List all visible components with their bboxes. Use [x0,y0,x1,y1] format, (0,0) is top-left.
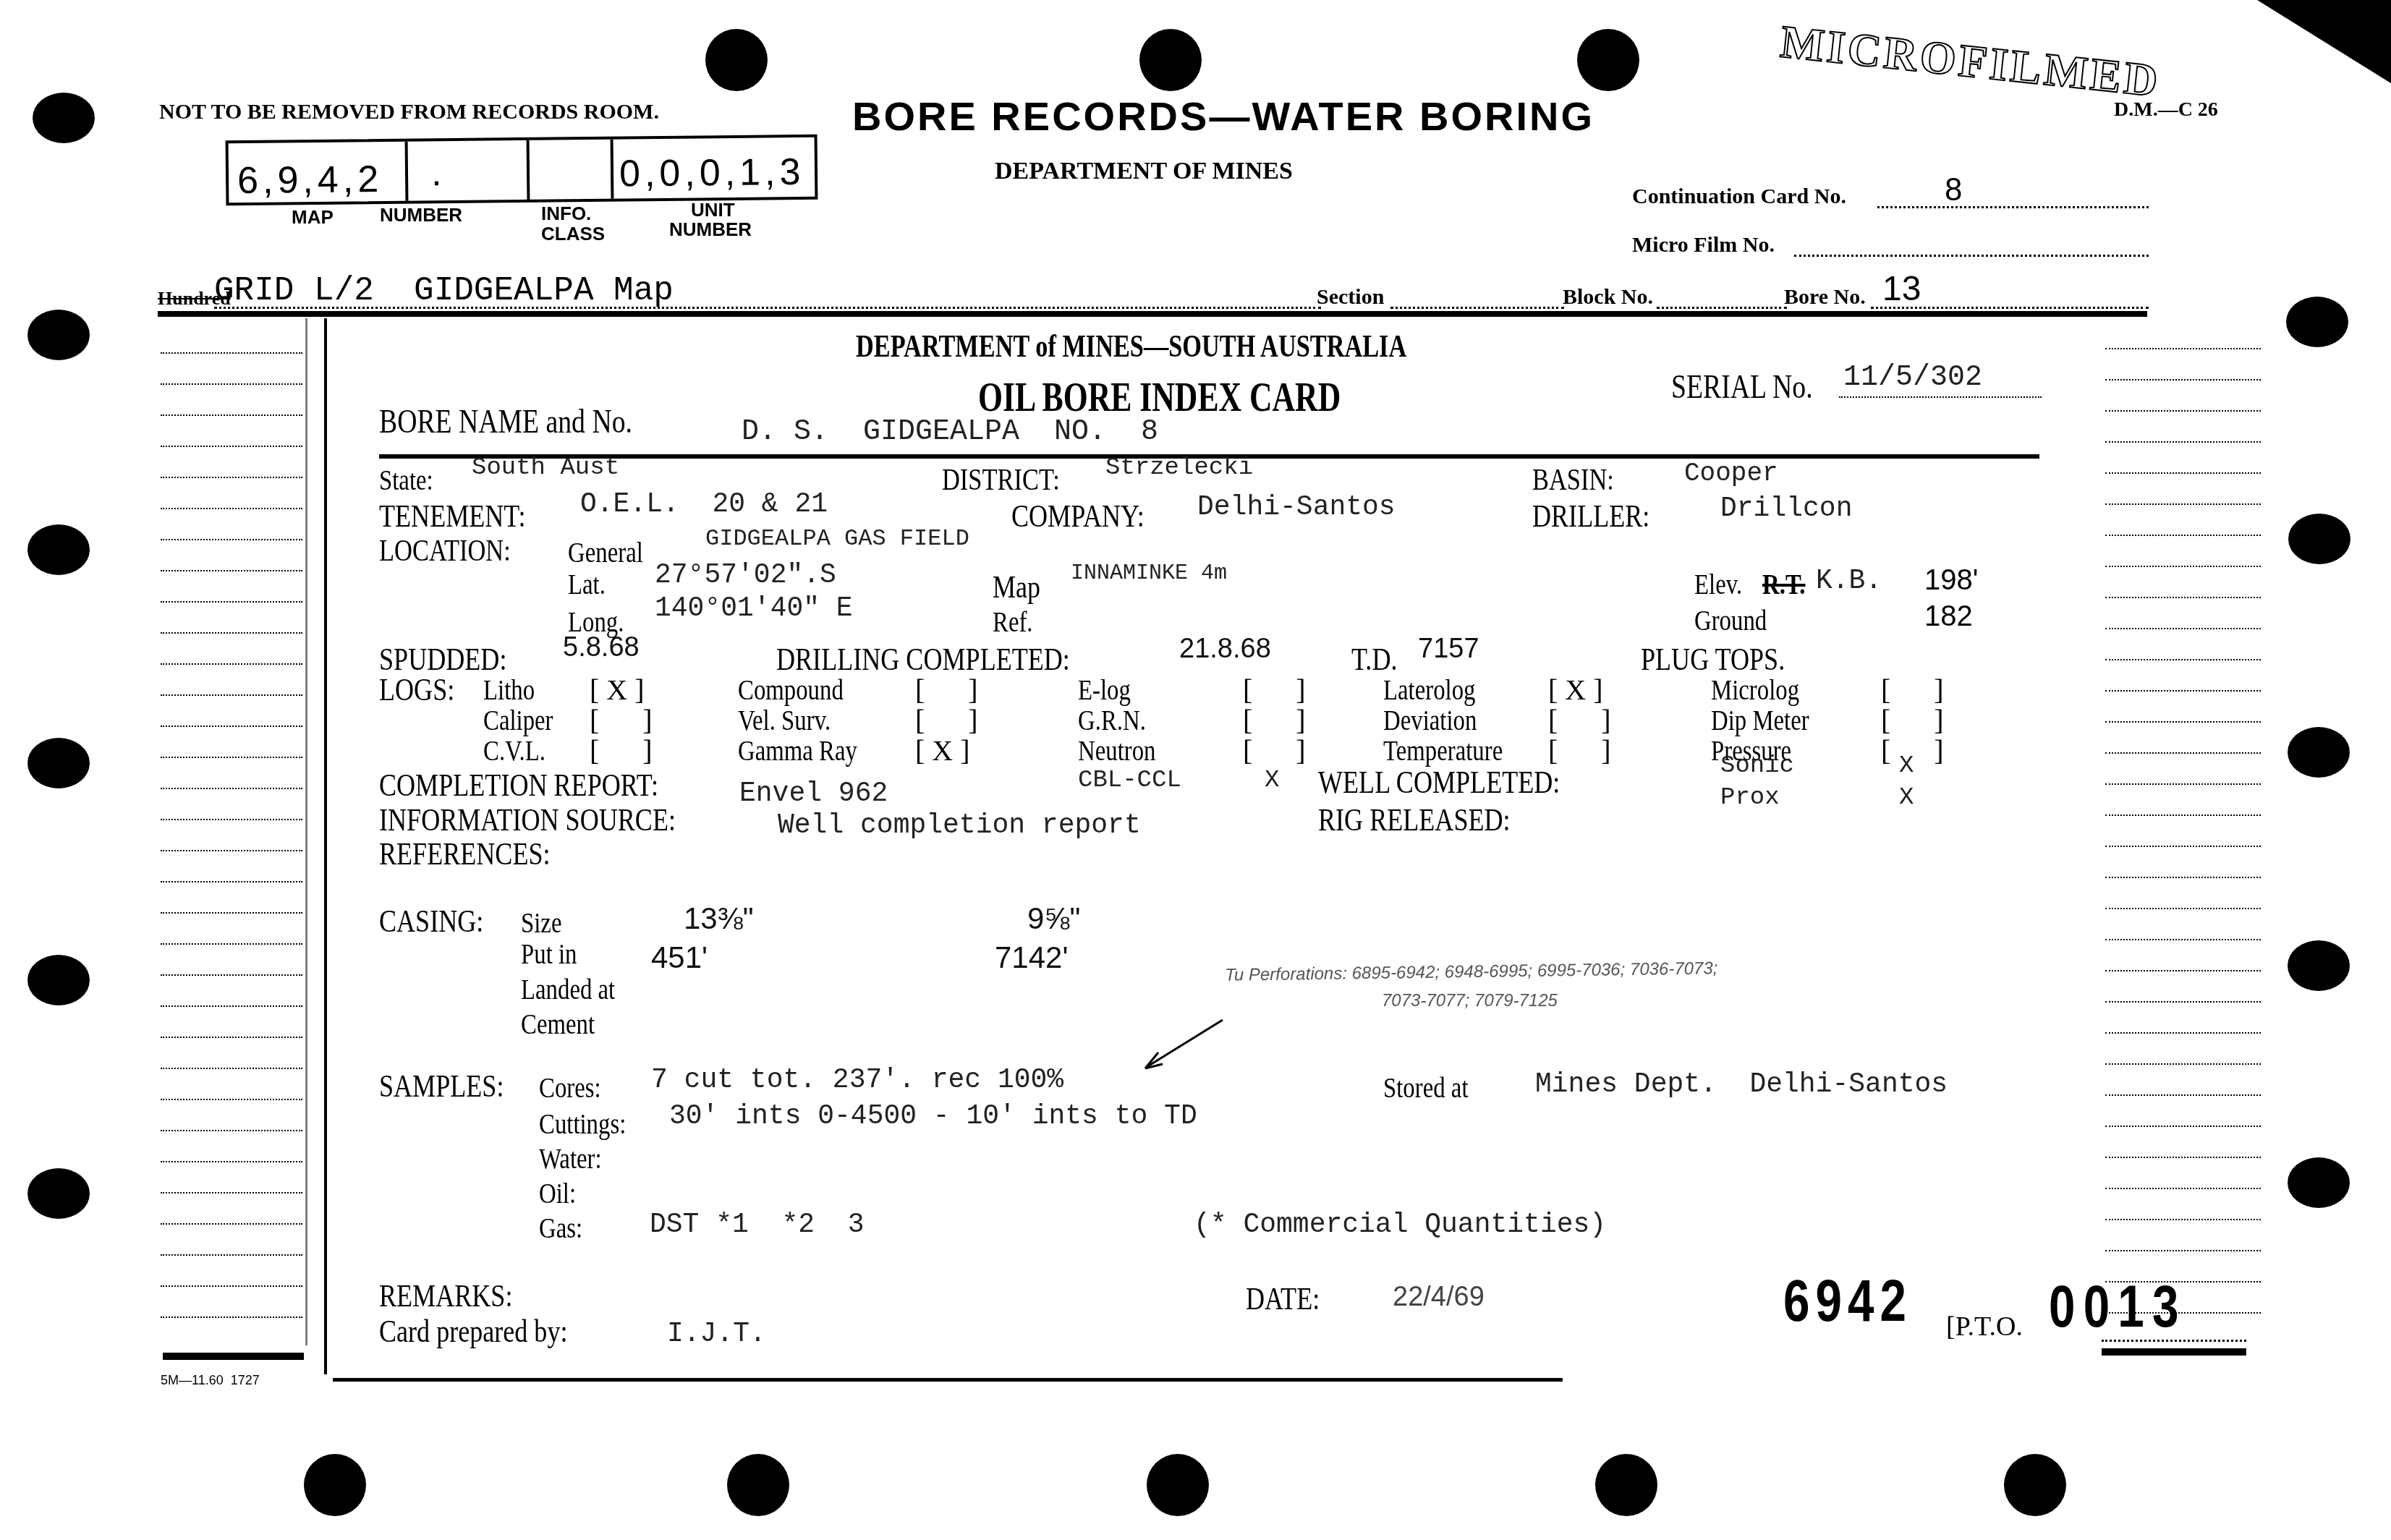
extra-log-name: Sonic [1720,752,1794,780]
references-label: REFERENCES: [379,835,551,872]
margin-dotline [2105,659,2261,660]
margin-dotline [161,1192,302,1194]
margin-dotline [2105,535,2261,536]
log-label-c-v-l-: C.V.L. [483,733,545,767]
company-value[interactable]: Delhi-Santos [1197,492,1396,523]
map-label: Map [993,569,1040,605]
punch-hole [27,310,90,360]
unit-number-stamp: 0013 [2049,1273,2187,1341]
microfilmed-stamp: MICROFILMED [1778,15,2163,109]
stored-label: Stored at [1383,1071,1469,1105]
margin-dotline [161,881,302,882]
card-bottom-edge [333,1378,1563,1382]
log-label-gamma-ray: Gamma Ray [738,733,857,767]
bore-line [1871,307,2149,309]
punch-hole [2288,727,2350,778]
log-label-neutron: Neutron [1078,733,1155,767]
continuation-card-label: Continuation Card No. [1632,184,1846,209]
casing-size-label: Size [521,906,561,940]
margin-dotline [2105,1250,2261,1251]
elev-value[interactable]: 198' [1924,564,1978,597]
commercial-note: (* Commercial Quantities) [1194,1209,1606,1241]
casing-put-in-label: Put in [521,937,577,971]
general-value[interactable]: GIDGEALPA GAS FIELD [705,525,969,552]
punch-hole [33,93,95,143]
gas-value[interactable]: DST *1 *2 3 [650,1209,864,1241]
margin-dotline [161,1223,302,1225]
spudded-value[interactable]: 5.8.68 [563,632,640,663]
margin-dotline [161,1285,302,1287]
punch-hole [2288,940,2350,991]
unit-number-digits[interactable]: 0,0,0,1,3 [619,150,805,196]
section-line [1390,307,1564,309]
log-checkbox[interactable]: [ ] [1881,673,1944,707]
map-number-digits[interactable]: 6,9,4,2 [237,158,383,203]
card-org-title: DEPARTMENT of MINES—SOUTH AUSTRALIA [856,328,1406,365]
casing-put-in-1[interactable]: 451' [651,940,708,975]
margin-dotline [2105,1094,2261,1096]
info-class-label-1: INFO. [541,203,591,225]
date-label: DATE: [1246,1280,1320,1317]
punch-hole [2286,297,2348,347]
lat-value[interactable]: 27°57'02".S [655,560,836,591]
margin-dotline [161,912,302,914]
state-label: State: [379,463,433,497]
margin-dotline [2105,1157,2261,1158]
elev-label: Elev. [1694,567,1742,601]
punch-hole [1139,29,1202,91]
log-label-e-log: E-log [1078,673,1131,707]
margin-dotline [2105,472,2261,474]
footer-left-rule [163,1353,304,1360]
info-class-label-2: CLASS [541,223,605,245]
block-line [1657,307,1787,309]
district-label: DISTRICT: [942,463,1060,498]
margin-dotline [2105,566,2261,567]
cores-value[interactable]: 7 cut tot. 237'. rec 100% [651,1065,1063,1096]
margin-dotline [161,974,302,976]
margin-dotline [2105,814,2261,816]
margin-dotline [161,726,302,727]
bore-label: Bore No. [1784,285,1866,310]
punch-hole [2288,514,2350,564]
margin-dotline [2105,1126,2261,1127]
log-checkbox[interactable]: [ ] [1548,703,1611,737]
margin-dotline [2105,783,2261,785]
margin-dotline [2105,1001,2261,1003]
block-label: Block No. [1563,285,1653,310]
perforations-note-2: 7073-7077; 7079-7125 [1382,991,1558,1011]
section-label: Section [1317,285,1384,310]
gas-label: Gas: [539,1211,582,1245]
number-label: NUMBER [380,204,462,226]
margin-dotline [161,1037,302,1038]
margin-dotline [161,1068,302,1069]
elev-datum: K.B. [1816,566,1882,597]
extra-log-mark[interactable]: X [1899,784,1914,812]
margin-dotline [2105,721,2261,723]
punch-hole [27,524,90,575]
general-label: General [568,535,643,569]
log-checkbox[interactable]: [ ] [915,673,978,707]
drilling-completed-value[interactable]: 21.8.68 [1179,634,1271,665]
punch-hole [27,1168,90,1219]
footer-right-rule [2102,1348,2246,1356]
serial-line [1839,396,2042,398]
punch-hole [727,1454,789,1516]
completion-report-value[interactable]: Envel 962 [739,778,888,809]
punch-hole [27,738,90,788]
log-checkbox[interactable]: [ X ] [915,733,970,767]
log-checkbox[interactable]: [ ] [1243,733,1306,767]
casing-size-2[interactable]: 9⅝" [1027,901,1080,936]
margin-dotline [161,414,302,416]
well-completed-label: WELL COMPLETED: [1318,764,1560,801]
casing-cement-label: Cement [521,1007,595,1041]
card-title: OIL BORE INDEX CARD [978,375,1341,421]
log-checkbox[interactable]: [ ] [1243,703,1306,737]
oil-label: Oil: [539,1176,576,1210]
margin-dotline [161,632,302,634]
casing-put-in-2[interactable]: 7142' [995,940,1068,975]
bore-name-value[interactable]: D. S. GIDGEALPA NO. 8 [742,416,1158,448]
stored-value[interactable]: Mines Dept. Delhi-Santos [1535,1069,1948,1100]
margin-dotline [2105,1032,2261,1034]
margin-dotline [161,850,302,851]
margin-dotline [2105,379,2261,380]
cores-label: Cores: [539,1071,601,1105]
location-label: LOCATION: [379,534,511,569]
records-notice: NOT TO BE REMOVED FROM RECORDS ROOM. [159,100,659,124]
header-rule [158,311,2147,317]
ground-value[interactable]: 182 [1924,600,1973,633]
log-label-dip-meter: Dip Meter [1711,703,1809,737]
margin-dotline [161,819,302,820]
margin-dotline [161,539,302,540]
print-code: 5M—11.60 1727 [161,1373,260,1388]
micro-film-line [1794,255,2149,257]
margin-dotline [2105,1219,2261,1220]
log-label-temperature: Temperature [1383,733,1503,767]
tenement-value[interactable]: O.E.L. 20 & 21 [580,489,828,520]
cuttings-label: Cuttings: [539,1107,626,1141]
log-checkbox[interactable]: [ ] [590,733,653,767]
unit-number-label-2: NUMBER [669,218,752,241]
casing-size-1[interactable]: 13⅜" [684,901,754,936]
margin-dotline [2105,628,2261,629]
casing-label: CASING: [379,903,483,940]
serial-label: SERIAL No. [1671,367,1813,406]
extra-log-name: Prox [1720,784,1780,812]
log-checkbox[interactable]: [ X ] [590,673,645,707]
margin-dotline [161,508,302,509]
margin-dotline [161,1130,302,1131]
extra-log-mark[interactable]: X [1899,752,1914,780]
margin-dotline [2105,846,2261,847]
main-title: BORE RECORDS—WATER BORING [852,93,1594,140]
elev-struck: R.T. [1762,567,1806,601]
margin-dotline [2105,503,2261,505]
margin-dotline [161,352,302,354]
margin-dotline [161,663,302,665]
completion-report-label: COMPLETION REPORT: [379,767,658,804]
state-value[interactable]: South Aust [472,454,619,482]
hundred-value[interactable]: GRID L/2 GIDGEALPA Map [214,272,674,310]
card-left-edge-2 [324,318,327,1374]
margin-dotline [161,1254,302,1256]
prepared-value[interactable]: I.J.T. [667,1319,766,1350]
extra-log-name: CBL-CCL [1078,767,1181,794]
margin-dotline [2105,1063,2261,1065]
td-value[interactable]: 7157 [1418,634,1479,665]
log-label-microlog: Microlog [1711,673,1799,707]
continuation-card-line [1877,206,2149,208]
log-checkbox[interactable]: [ ] [1548,733,1611,767]
cuttings-value[interactable]: 30' ints 0-4500 - 10' ints to TD [669,1101,1197,1132]
margin-dotline [161,446,302,447]
form-code: D.M.—C 26 [2114,98,2218,122]
margin-dotline [161,1316,302,1318]
date-value[interactable]: 22/4/69 [1393,1282,1485,1313]
margin-dotline [161,788,302,789]
driller-value[interactable]: Drillcon [1720,493,1852,524]
serial-value[interactable]: 11/5/302 [1843,362,1982,394]
logs-label: LOGS: [379,671,454,708]
bore-value[interactable]: 13 [1882,269,1921,309]
map-number-box: 6,9,4,2 . 0,0,0,1,3 [226,135,818,206]
punch-hole [304,1454,366,1516]
log-checkbox[interactable]: [ ] [1881,703,1944,737]
log-label-caliper: Caliper [483,703,553,737]
log-label-deviation: Deviation [1383,703,1477,737]
margin-dotline [2105,348,2261,349]
punch-hole [1577,29,1639,91]
margin-dotline [161,1161,302,1162]
pto-label: [P.T.O. [1946,1311,2023,1343]
samples-label: SAMPLES: [379,1068,504,1105]
punch-hole [27,955,90,1005]
margin-dotline [161,694,302,696]
micro-film-label: Micro Film No. [1632,233,1775,258]
margin-dotline [2105,441,2261,443]
margin-dotline [161,601,302,603]
margin-dotline [161,383,302,385]
rig-released-label: RIG RELEASED: [1318,801,1511,838]
margin-dotline [2105,908,2261,909]
margin-dotline [161,1099,302,1100]
department-subtitle: DEPARTMENT OF MINES [995,158,1293,185]
tenement-label: TENEMENT: [379,498,526,535]
margin-dotline [2105,877,2261,878]
number-digits[interactable]: . [431,151,442,195]
margin-dotline [2105,970,2261,971]
map-label: MAP [292,206,334,229]
punch-hole [2288,1157,2350,1208]
punch-hole [1147,1454,1209,1516]
basin-value[interactable]: Cooper [1684,459,1778,488]
log-label-laterolog: Laterolog [1383,673,1476,707]
continuation-card-value[interactable]: 8 [1945,172,1962,208]
lat-label: Lat. [568,567,606,601]
margin-dotline [2105,1188,2261,1189]
margin-dotline [2105,597,2261,598]
basin-label: BASIN: [1532,463,1614,498]
log-checkbox[interactable]: [ ] [915,703,978,737]
log-checkbox[interactable]: [ X ] [1548,673,1603,707]
log-checkbox[interactable]: [ ] [1243,673,1306,707]
punch-hole [705,29,768,91]
margin-dotline [2105,752,2261,754]
perforations-note-1: Tu Perforations: 6895-6942; 6948-6995; 6… [1225,958,1718,986]
map-number-stamp: 6942 [1783,1267,1912,1335]
margin-dotline [161,757,302,758]
casing-landed-label: Landed at [521,972,615,1006]
margin-dotline [161,477,302,478]
margin-dotline [161,570,302,571]
log-label-vel-surv-: Vel. Surv. [738,703,831,737]
card-left-edge [305,318,307,1345]
log-label-g-r-n-: G.R.N. [1078,703,1146,737]
hundred-line [214,307,1321,309]
driller-label: DRILLER: [1532,498,1649,535]
company-label: COMPANY: [1011,498,1144,535]
water-label: Water: [539,1141,602,1175]
punch-hole [2004,1454,2066,1516]
margin-dotline [2105,690,2261,692]
long-value[interactable]: 140°01'40" E [655,593,853,624]
corner-cut [2257,0,2391,87]
arrow-icon [1139,1016,1226,1074]
margin-dotline [161,943,302,945]
margin-dotline [2105,410,2261,412]
remarks-label: REMARKS: [379,1277,512,1314]
margin-dotline [2105,939,2261,940]
log-label-litho: Litho [483,673,535,707]
information-source-value[interactable]: Well completion report [778,810,1141,841]
punch-hole [1595,1454,1657,1516]
log-checkbox[interactable]: [ ] [590,703,653,737]
ground-label: Ground [1694,603,1767,637]
information-source-label: INFORMATION SOURCE: [379,801,676,838]
district-value[interactable]: Strzelecki [1105,454,1253,482]
extra-log-mark[interactable]: X [1265,767,1279,794]
prepared-label: Card prepared by: [379,1313,567,1350]
margin-dotline [161,1005,302,1007]
ref-label: Ref. [993,605,1033,639]
bore-name-label: BORE NAME and No. [379,402,632,441]
log-label-compound: Compound [738,673,844,707]
map-value[interactable]: INNAMINKE 4m [1071,561,1227,586]
